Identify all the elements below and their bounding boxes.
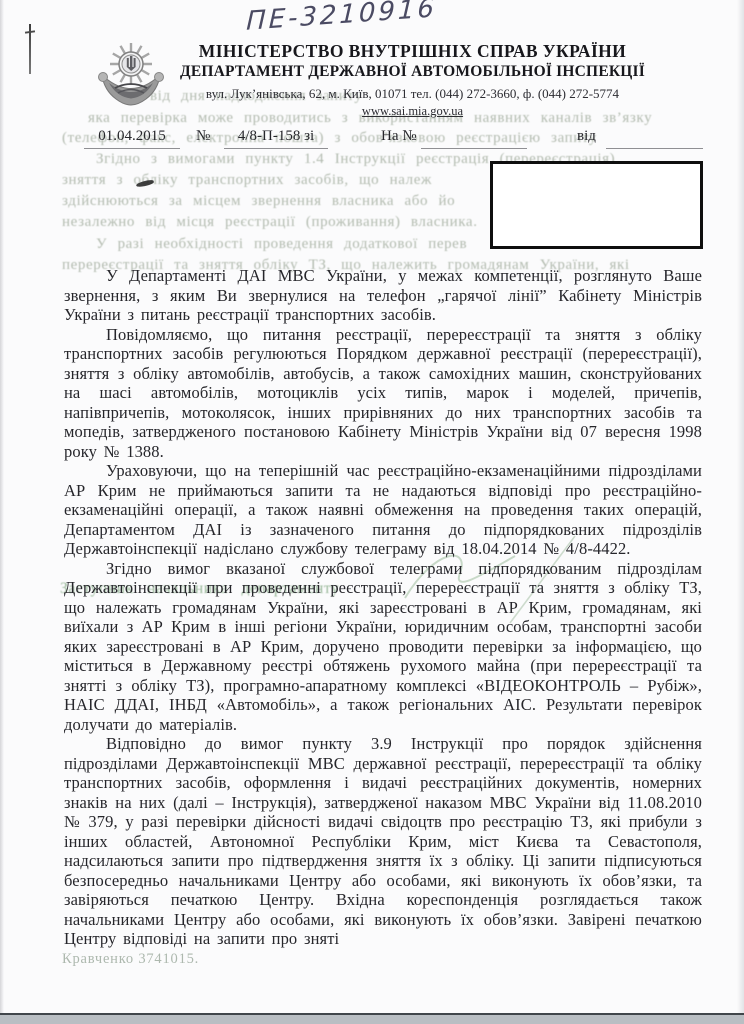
website-url: www.sai.mia.gov.ua [130, 104, 695, 119]
ministry-name: МІНІСТЕРСТВО ВНУТРІШНІХ СПРАВ УКРАЇНИ [130, 41, 695, 62]
outgoing-date: 01.04.2015 [84, 128, 180, 149]
page-right-edge-shadow [737, 0, 744, 1014]
reply-to-label: На № [381, 128, 417, 145]
handwritten-registration-number: ПЕ-3210916 [246, 0, 438, 37]
letter-body: У Департаменті ДАІ МВС України, у межах … [64, 266, 702, 949]
scanner-edge [0, 1013, 744, 1024]
address-line: вул. Лук’янівська, 62, м. Київ, 01071 те… [130, 86, 695, 102]
body-paragraph: У Департаменті ДАІ МВС України, у межах … [64, 266, 702, 325]
from-date-label: від [577, 128, 596, 145]
from-date-blank [606, 128, 703, 149]
letterhead: МІНІСТЕРСТВО ВНУТРІШНІХ СПРАВ УКРАЇНИ ДЕ… [130, 41, 695, 119]
body-paragraph: Згідно вимог вказаної службової телеграм… [64, 559, 702, 735]
staple-mark-icon [29, 24, 31, 74]
page-left-edge-shadow [0, 0, 4, 1014]
body-paragraph: Повідомляємо, що питання реєстрації, пер… [64, 325, 702, 462]
redaction-box [490, 161, 703, 249]
department-name: ДЕПАРТАМЕНТ ДЕРЖАВНОЇ АВТОМОБІЛЬНОЇ ІНСП… [130, 63, 695, 81]
scanned-letter-page: ПЕ-3210916 від дня надходження запиту як… [0, 0, 744, 1024]
bleed-through-text: зняття з обліку транспортних засобів, що… [62, 172, 432, 189]
bleed-through-text: здійснюються за місцем звернення власник… [62, 193, 455, 210]
reply-number-blank [421, 128, 527, 149]
body-paragraph: Ураховуючи, що на теперішній час реєстра… [64, 461, 702, 559]
bleed-through-text: У разі необхідності проведення додатково… [96, 236, 467, 253]
body-paragraph: Відповідно до вимог пункту 3.9 Інструкці… [64, 734, 702, 949]
number-sign-label: № [196, 128, 210, 145]
outgoing-number: 4/8-П-158 зі [224, 128, 328, 149]
bleed-through-text: незалежно від місця реєстрації (проживан… [62, 214, 478, 231]
executor-note: Кравченко 3741015. [62, 951, 199, 968]
